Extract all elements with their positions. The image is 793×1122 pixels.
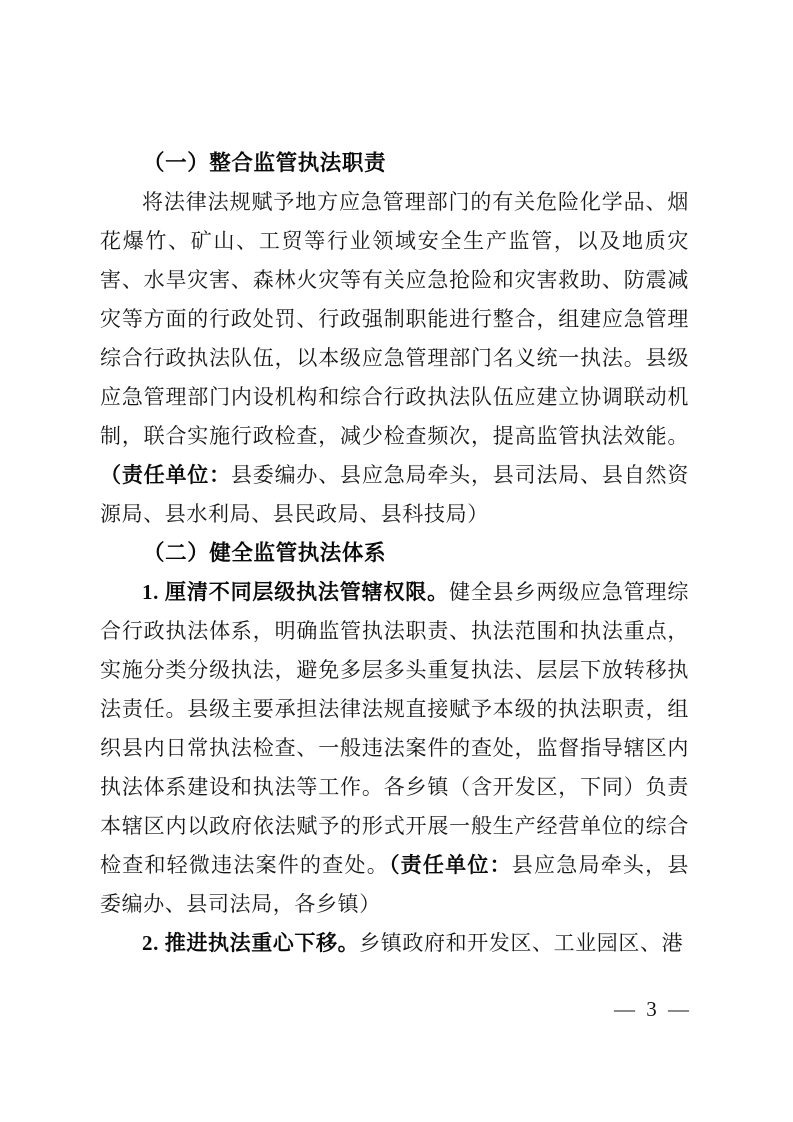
section-2-item-2-paragraph: 2. 推进执法重心下移。乡镇政府和开发区、工业园区、港 <box>100 924 689 963</box>
section-1-responsibility-label: （责任单位： <box>100 463 231 487</box>
page-number: — 3 — <box>614 996 692 1022</box>
item-1-responsibility-label: （责任单位： <box>389 853 512 877</box>
item-2-lead-sentence: 2. 推进执法重心下移。 <box>142 931 359 955</box>
section-1-paragraph: 将法律法规赋予地方应急管理部门的有关危险化学品、烟花爆竹、矿山、工贸等行业领域安… <box>100 183 689 534</box>
item-1-lead-sentence: 1. 厘清不同层级执法管辖权限。 <box>142 580 449 604</box>
section-1-body-text: 将法律法规赋予地方应急管理部门的有关危险化学品、烟花爆竹、矿山、工贸等行业领域安… <box>100 190 689 448</box>
section-2-item-1-paragraph: 1. 厘清不同层级执法管辖权限。健全县乡两级应急管理综合行政执法体系，明确监管执… <box>100 573 689 924</box>
section-2-heading: （二）健全监管执法体系 <box>100 534 689 573</box>
section-1-heading: （一）整合监管执法职责 <box>100 144 689 183</box>
document-body: （一）整合监管执法职责 将法律法规赋予地方应急管理部门的有关危险化学品、烟花爆竹… <box>100 144 689 963</box>
document-page: （一）整合监管执法职责 将法律法规赋予地方应急管理部门的有关危险化学品、烟花爆竹… <box>0 0 793 1122</box>
item-2-body-text: 乡镇政府和开发区、工业园区、港 <box>359 931 683 955</box>
item-1-body-text: 健全县乡两级应急管理综合行政执法体系，明确监管执法职责、执法范围和执法重点，实施… <box>100 580 689 877</box>
